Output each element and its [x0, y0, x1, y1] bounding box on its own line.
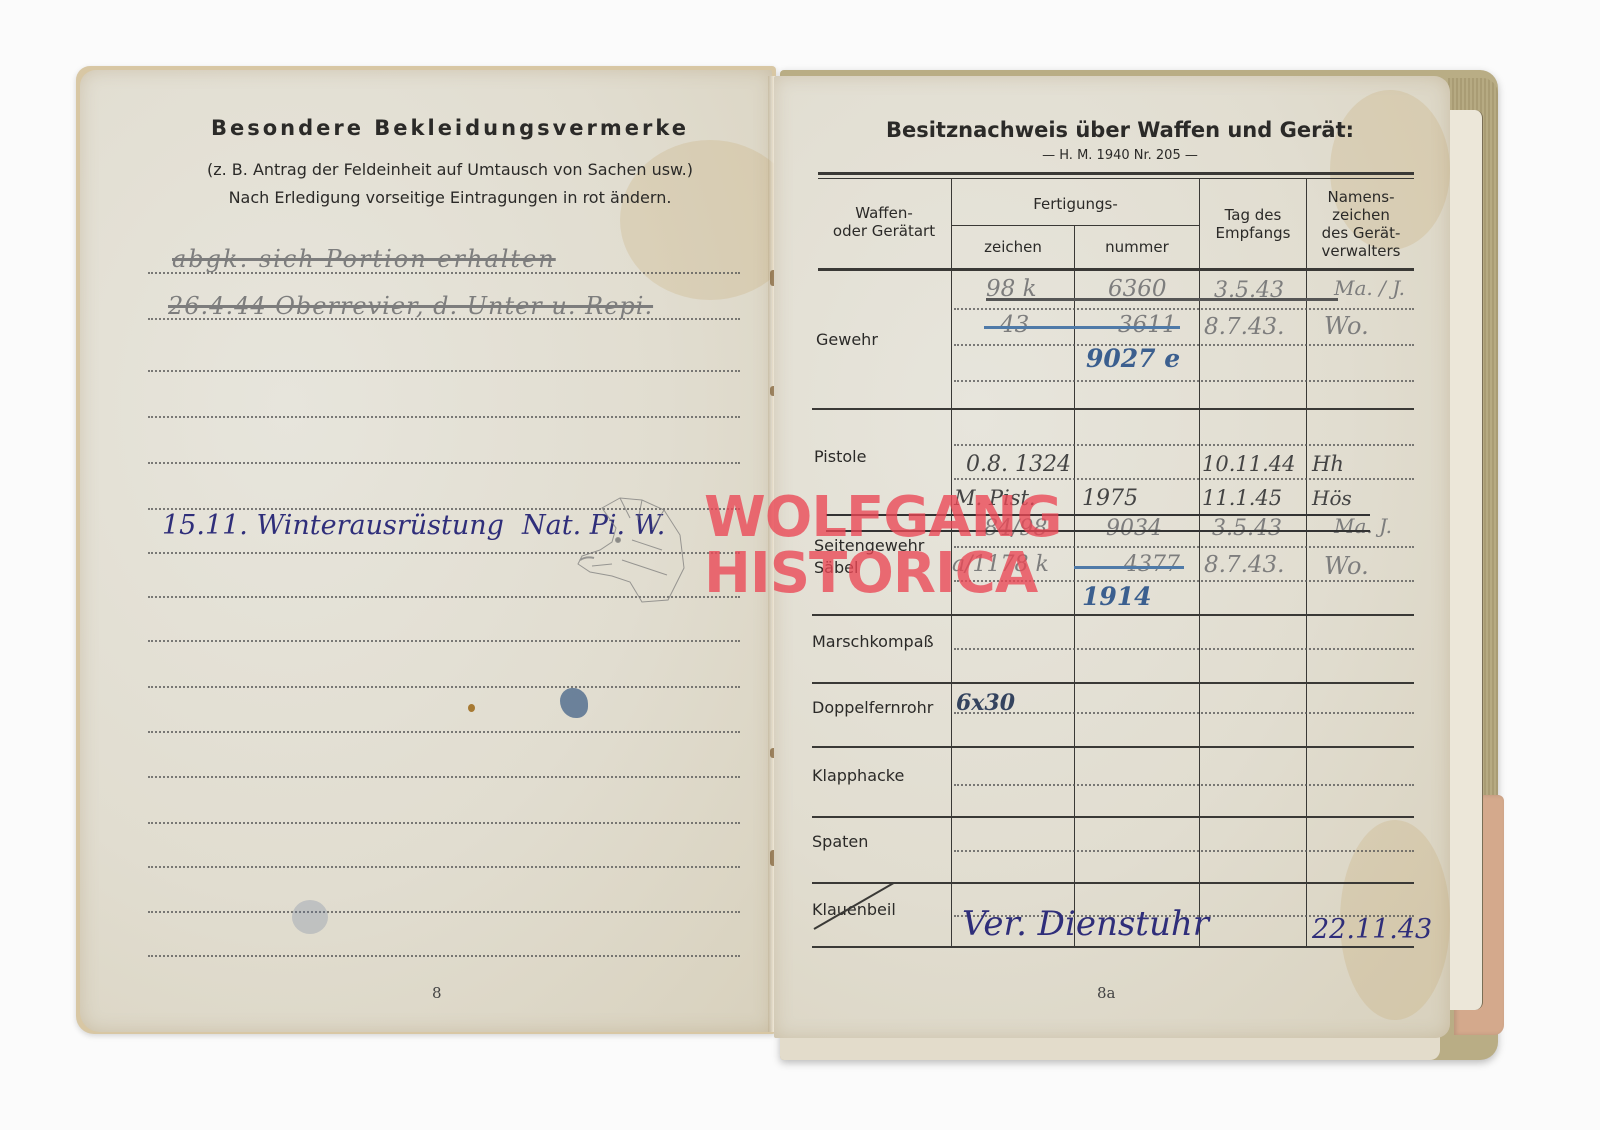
- page-number-right: 8a: [1097, 984, 1116, 1002]
- header-zeichen: zeichen: [952, 238, 1074, 256]
- header-tag-des-empfangs: Tag des Empfangs: [1200, 206, 1306, 242]
- row-label-klapphacke: Klapphacke: [812, 766, 904, 785]
- row-label-klauenbeil: Klauenbeil: [812, 900, 896, 919]
- watermark-line-2: HISTORICA: [704, 546, 994, 602]
- signature-date: 22.11.43: [1312, 914, 1432, 945]
- header-fertigungs: Fertigungs-: [952, 195, 1199, 213]
- left-entry-struck-2: 26.4.44 Oberrevier, d. Unter u. Repi.: [168, 292, 653, 320]
- regulation-reference: — H. M. 1940 Nr. 205 —: [810, 148, 1430, 163]
- seitengewehr-new-number: 1914: [1082, 582, 1152, 611]
- wolf-head-stamp-icon: [572, 490, 692, 610]
- header-nummer: nummer: [1075, 238, 1199, 256]
- page-number-left: 8: [432, 984, 442, 1002]
- signature-dienstuhr: Ver. Dienstuhr: [962, 904, 1209, 944]
- row-label-marschkompass: Marschkompaß: [812, 632, 934, 651]
- row-label-gewehr: Gewehr: [816, 330, 878, 349]
- gewehr-new-number: 9027 e: [1086, 344, 1180, 373]
- watermark-line-1: WOLFGANG: [704, 490, 994, 546]
- ink-smudge: [292, 900, 328, 934]
- header-namenszeichen: Namens- zeichen des Gerät- verwalters: [1307, 188, 1415, 260]
- left-page-subtitle-2: Nach Erledigung vorseitige Eintragungen …: [140, 188, 760, 207]
- header-waffen-geraetart: Waffen- oder Gerätart: [818, 204, 950, 240]
- row-label-pistole: Pistole: [814, 447, 866, 466]
- left-entry-struck-1: abgk. sich Portion erhalten: [172, 245, 556, 273]
- left-page-title: Besondere Bekleidungsvermerke: [140, 116, 760, 140]
- row-label-spaten: Spaten: [812, 832, 868, 851]
- doppelfernrohr-entry: 6x30: [956, 690, 1015, 716]
- ink-spot: [468, 704, 475, 712]
- watermark: WOLFGANG HISTORICA: [704, 490, 994, 602]
- right-page-title: Besitznachweis über Waffen und Gerät:: [810, 118, 1430, 142]
- left-page-subtitle-1: (z. B. Antrag der Feldeinheit auf Umtaus…: [140, 160, 760, 179]
- row-label-doppelfernrohr: Doppelfernrohr: [812, 698, 933, 717]
- left-entry-winter-equipment: 15.11. Winterausrüstung: [162, 510, 504, 541]
